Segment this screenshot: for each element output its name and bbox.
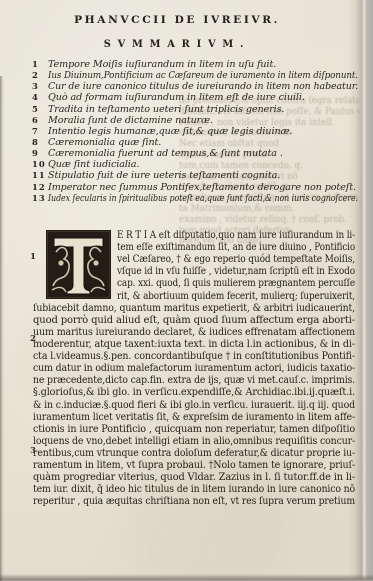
summary-item-number: 3 — [32, 81, 48, 92]
photo-edge — [0, 574, 373, 581]
summary-item-text: Stipulatio fuit de iure ueteris teſtamen… — [48, 170, 280, 181]
body-line-text: uum maritus iureiurando declaret, & iudi… — [33, 326, 355, 338]
body-line: rentibus,cum vtrunque contra doloſum def… — [33, 445, 355, 457]
summary-item-text: Tradita in teſtamento ueteri ſunt tripli… — [48, 104, 284, 115]
summary-item-text: Intentio legis humanæ,quæ ſit,& quæ legi… — [48, 126, 292, 137]
body-line-text: rit, & abortiuum quidem fecerit, mulierq… — [117, 290, 355, 302]
body-line: quàm progrediar vlterius, quod Vldar. Za… — [33, 469, 355, 481]
summary-item-text: Iudex ſecularis in ſpiritualibus poteſt … — [48, 193, 358, 204]
woodcut-initial-icon: T — [46, 230, 111, 299]
body-line: moderentur, atque taxent:iuxta text. in … — [33, 336, 355, 348]
margin-note: 3 — [27, 445, 39, 455]
summary-item-number: 11 — [32, 170, 48, 181]
summary-item-number: 9 — [32, 148, 48, 159]
section-heading: SVMMARIVM. — [0, 39, 354, 50]
summary-item-number: 8 — [32, 137, 48, 148]
body-line: §.glorioſus,& ibi glo. in verſicu.expend… — [33, 384, 355, 396]
body-line-text: & in c.induciæ.§.quod fieri & ibi glo.in… — [33, 399, 355, 411]
body-line-text: cap. xxi. quod, ſi quis mulierem prægnan… — [117, 277, 355, 289]
summary-item: 13Iudex ſecularis in ſpiritualibus poteſ… — [32, 193, 358, 204]
body-line-text: reperitur , quia æquitas chriſtiana non … — [33, 495, 355, 507]
summary-item-number: 7 — [32, 126, 48, 137]
body-line-text: quàm progrediar vlterius, quod Vldar. Za… — [33, 471, 355, 483]
margin-note: 1 — [27, 251, 39, 261]
body-line: cta l.videamus.§.pen. concordantibuſque … — [33, 348, 355, 360]
book-page-photo: do precedere;& opin. contra ſegra relata… — [0, 0, 373, 581]
summary-item: 9Cæremonialia fuerunt ad tempus,& ſunt m… — [32, 148, 358, 159]
summary-list: 1Tempore Moiſis iuſiurandum in litem in … — [32, 59, 358, 204]
summary-item: 5Tradita in teſtamento ueteri ſunt tripl… — [32, 104, 358, 115]
summary-item-text: Quæ ſint iudicialia. — [48, 159, 139, 170]
body-line-text: E R T I A eſt diſputatio,quo nam iure iu… — [117, 229, 355, 241]
summary-item: 11Stipulatio fuit de iure ueteris teſtam… — [32, 170, 358, 181]
body-line-text: ſubiacebit damno, quantum maritus expeti… — [33, 302, 355, 314]
summary-item: 7Intentio legis humanæ,quæ ſit,& quæ leg… — [32, 126, 358, 137]
body-line: tem iur. dixit, q̃ ideo hic titulus de i… — [33, 481, 355, 493]
body-line-text: ne præcedente,dicto cap.fin. extra de ij… — [33, 374, 355, 386]
margin-note: 2 — [27, 333, 39, 343]
summary-item-text: Cur de iure canonico titulus de iureiura… — [48, 81, 358, 92]
body-line-text: cta l.videamus.§.pen. concordantibuſque … — [33, 350, 355, 362]
body-line: loquens de vno,debet intelligi etiam in … — [33, 433, 355, 445]
summary-item: 3Cur de iure canonico titulus de iureiur… — [32, 81, 358, 92]
summary-item: 2Ius Diuinum,Pontificium ac Cæſareum de … — [32, 70, 358, 81]
body-line: cum datur in odium malefactorum iurament… — [33, 360, 355, 372]
summary-item-number: 13 — [32, 193, 48, 204]
running-title: PHANVCCII DE IVREIVR. — [0, 14, 354, 26]
summary-item-number: 4 — [32, 92, 48, 103]
body-line-text: cum datur in odium malefactorum iurament… — [33, 362, 355, 374]
summary-item-text: Moralia ſunt de dictamine naturæ. — [48, 115, 213, 126]
body-line: uum maritus iureiurando declaret, & iudi… — [33, 324, 355, 336]
summary-item-number: 5 — [32, 104, 48, 115]
summary-item: 6Moralia ſunt de dictamine naturæ. — [32, 115, 358, 126]
body-line-text: ramentum in litem, vt ſupra probaui. †No… — [33, 459, 355, 471]
summary-item-text: Tempore Moiſis iuſiurandum in litem in u… — [48, 59, 276, 70]
body-line-text: iuramentum licet veritatis ſit, & expreſ… — [33, 411, 355, 423]
summary-item-number: 2 — [32, 70, 48, 81]
body-line-text: ctionis in iure Pontificio , quicquam no… — [33, 423, 355, 435]
body-line-text: tem eſſe exiſtimandum ſit, an de iure di… — [117, 241, 355, 253]
body-line-text: quod porrò quid aliud eſt, quàm quod ſuu… — [33, 314, 355, 326]
summary-item-number: 1 — [32, 59, 48, 70]
page-binding-edge — [347, 0, 373, 581]
body-line-text: vel Cæſareo, † & ego reperio quód tempeſ… — [117, 253, 355, 265]
body-line: ramentum in litem, vt ſupra probaui. †No… — [33, 457, 355, 469]
body-line: quod porrò quid aliud eſt, quàm quod ſuu… — [33, 312, 355, 324]
summary-item-text: Quò ad formam iuſiurandum in litem eſt d… — [48, 92, 305, 103]
body-text: T E R T I A eſt diſputatio,quo nam iure … — [33, 227, 355, 506]
summary-item-text: Imperator nec ſummus Pontifex,teſtamento… — [48, 182, 356, 193]
body-line: ſubiacebit damno, quantum maritus expeti… — [33, 300, 355, 312]
summary-item-number: 10 — [32, 159, 48, 170]
body-line: reperitur , quia æquitas chriſtiana non … — [33, 493, 355, 505]
photo-edge — [0, 76, 4, 581]
body-line: iuramentum licet veritatis ſit, & expreſ… — [33, 409, 355, 421]
body-line: ne præcedente,dicto cap.fin. extra de ij… — [33, 372, 355, 384]
summary-item-text: Cæremonialia fuerunt ad tempus,& ſunt mu… — [48, 148, 283, 159]
summary-item: 12Imperator nec ſummus Pontifex,teſtamen… — [32, 182, 358, 193]
summary-item-text: Ius Diuinum,Pontificium ac Cæſareum de i… — [48, 70, 358, 81]
summary-item-text: Cæremonialia quæ ſint. — [48, 137, 161, 148]
summary-item: 4Quò ad formam iuſiurandum in litem eſt … — [32, 92, 358, 103]
body-line-text: §.glorioſus,& ibi glo. in verſicu.expend… — [33, 386, 355, 398]
body-line-text: moderentur, atque taxent:iuxta text. in … — [33, 338, 355, 350]
body-line: ctionis in iure Pontificio , quicquam no… — [33, 421, 355, 433]
summary-item-number: 6 — [32, 115, 48, 126]
body-line-text: loquens de vno,debet intelligi etiam in … — [33, 435, 355, 447]
body-line-text: tem iur. dixit, q̃ ideo hic titulus de i… — [33, 483, 355, 495]
summary-item: 10Quæ ſint iudicialia. — [32, 159, 358, 170]
body-line-text: rentibus,cum vtrunque contra doloſum def… — [33, 447, 355, 459]
summary-item: 1Tempore Moiſis iuſiurandum in litem in … — [32, 59, 358, 70]
summary-item: 8Cæremonialia quæ ſint. — [32, 137, 358, 148]
body-line: & in c.induciæ.§.quod fieri & ibi glo.in… — [33, 397, 355, 409]
summary-item-number: 12 — [32, 182, 48, 193]
body-line-text: vſque id in vſu fuiſſe , videtur,nam ſcr… — [117, 265, 355, 277]
